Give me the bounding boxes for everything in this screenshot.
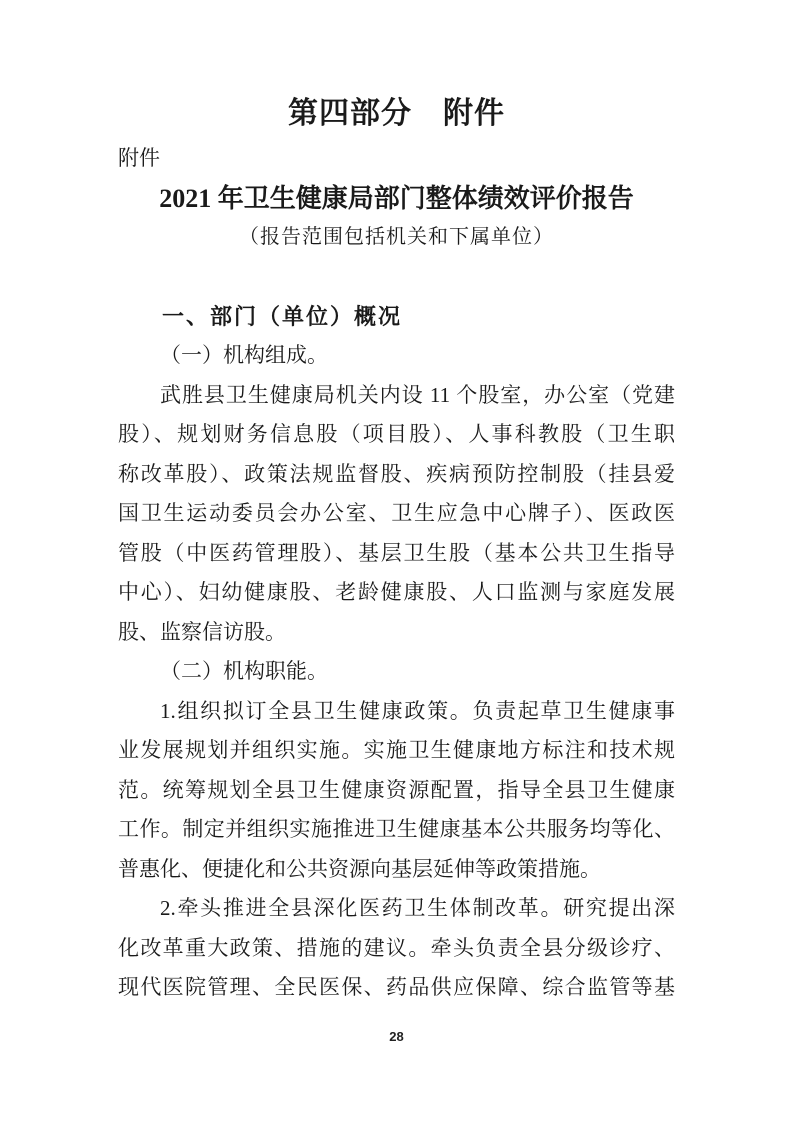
body-line: 中心）、妇幼健康股、老龄健康股、人口监测与家庭发展 <box>118 573 675 613</box>
body-line: （二）机构职能。 <box>118 652 675 692</box>
body-line: 化改革重大政策、措施的建议。牵头负责全县分级诊疗、 <box>118 929 675 969</box>
body-line: 现代医院管理、全民医保、药品供应保障、综合监管等基 <box>118 968 675 1008</box>
document-page: 第四部分 附件 附件 2021 年卫生健康局部门整体绩效评价报告 （报告范围包括… <box>0 0 793 1122</box>
section-heading: 一、部门（单位）概况 <box>118 300 675 334</box>
body-line: （一）机构组成。 <box>118 336 675 376</box>
body-line: 股、监察信访股。 <box>118 613 675 653</box>
body-line: 普惠化、便捷化和公共资源向基层延伸等政策措施。 <box>118 850 675 890</box>
report-subtitle: （报告范围包括机关和下属单位） <box>118 222 675 252</box>
body-line: 管股（中医药管理股）、基层卫生股（基本公共卫生指导 <box>118 534 675 574</box>
page-number: 28 <box>0 1029 793 1044</box>
body-line: 2.牵头推进全县深化医药卫生体制改革。研究提出深 <box>118 889 675 929</box>
body-line: 武胜县卫生健康局机关内设 11 个股室，办公室（党建 <box>118 376 675 416</box>
part-title: 第四部分 附件 <box>118 94 675 134</box>
body-text: （一）机构组成。 武胜县卫生健康局机关内设 11 个股室，办公室（党建 股）、规… <box>118 336 675 1008</box>
report-title: 2021 年卫生健康局部门整体绩效评价报告 <box>118 180 675 218</box>
body-line: 国卫生运动委员会办公室、卫生应急中心牌子）、医政医 <box>118 494 675 534</box>
body-line: 范。统筹规划全县卫生健康资源配置，指导全县卫生健康 <box>118 771 675 811</box>
body-line: 股）、规划财务信息股（项目股）、人事科教股（卫生职 <box>118 415 675 455</box>
body-line: 称改革股）、政策法规监督股、疾病预防控制股（挂县爱 <box>118 455 675 495</box>
attachment-label: 附件 <box>118 144 675 174</box>
body-line: 1.组织拟订全县卫生健康政策。负责起草卫生健康事 <box>118 692 675 732</box>
body-line: 业发展规划并组织实施。实施卫生健康地方标注和技术规 <box>118 731 675 771</box>
body-line: 工作。制定并组织实施推进卫生健康基本公共服务均等化、 <box>118 810 675 850</box>
